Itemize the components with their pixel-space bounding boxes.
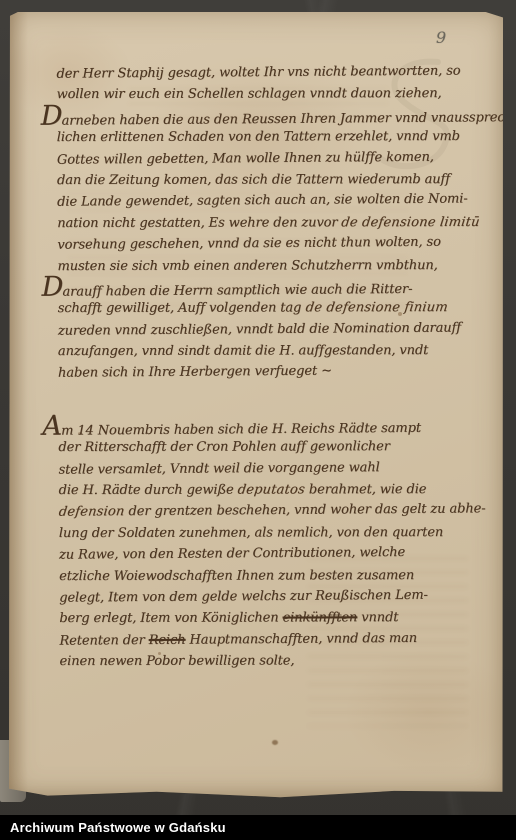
text-segment: dan die Zeitung komen, das sich die Tatt… — [57, 172, 450, 188]
manuscript-line: der Ritterschafft der Cron Pohlen auff g… — [58, 436, 488, 459]
manuscript-line: etzliche Woiewodschafften Ihnen zum best… — [59, 565, 489, 588]
text-segment: stelle versamlet, Vnndt weil die vorgang… — [58, 460, 379, 478]
text-segment: der Herr Staphij gesagt, woltet Ihr vns … — [56, 64, 460, 82]
text-segment: die Lande gewendet, sagten sich auch an,… — [57, 192, 468, 210]
manuscript-line: defension der grentzen beschehen, vnnd w… — [59, 499, 489, 524]
archive-watermark-bar: Archiwum Państwowe w Gdańsku — [0, 815, 516, 840]
text-segment: schafft gewilliget, Auff volgenden tag — [58, 301, 306, 317]
page-gutter-shadow — [8, 12, 28, 798]
archive-watermark-text: Archiwum Państwowe w Gdańsku — [0, 815, 516, 840]
text-segment: zu Rawe, von den Resten der Contribution… — [59, 545, 405, 563]
crossed-out-word: einkünfften — [283, 611, 358, 626]
manuscript-line: Am 14 Nouembris haben sich die H. Reichs… — [42, 413, 488, 438]
latin-phrase: de defensione finium — [304, 297, 449, 319]
manuscript-line: haben sich in Ihre Herbergen verfueget ~ — [58, 360, 488, 385]
manuscript-line: zureden vnnd zuschließen, vnndt bald die… — [58, 317, 488, 342]
manuscript-line: einen newen Pobor bewilligen solte, — [60, 650, 490, 673]
text-segment: wollen wir euch ein Schellen schlagen vn… — [57, 86, 442, 102]
folio-number: 9 — [436, 28, 446, 47]
archive-scan-photo: 9 der Herr Staphij gesagt, woltet Ihr vn… — [0, 0, 516, 840]
latin-phrase: defension — [58, 502, 126, 524]
text-segment: haben sich in Ihre Herbergen verfueget ~ — [58, 364, 332, 381]
manuscript-line: nation nicht gestatten, Es wehre den zuv… — [57, 212, 487, 235]
paragraph: Am 14 Nouembris haben sich die H. Reichs… — [58, 414, 489, 673]
text-segment: Retenten der — [59, 633, 148, 649]
manuscript-page: 9 der Herr Staphij gesagt, woltet Ihr vn… — [8, 12, 503, 798]
text-segment: berahmet, wie die — [305, 482, 427, 497]
text-segment: vnndt — [357, 611, 398, 626]
text-segment: Hauptmanschafften, vnnd das man — [185, 631, 417, 648]
manuscript-line: gelegt, Item von dem gelde welchs zur Re… — [59, 584, 489, 609]
text-segment: einen newen Pobor bewilligen solte, — [60, 654, 295, 670]
manuscript-line: musten sie sich vmb einen anderen Schutz… — [57, 254, 487, 277]
text-segment: vorsehung geschehen, vnnd da sie es nich… — [57, 235, 441, 253]
manuscript-line: Gottes willen gebetten, Man wolle Ihnen … — [57, 146, 487, 171]
text-segment: der grentzen beschehen, vnnd woher das g… — [124, 502, 485, 520]
paragraph: der Herr Staphij gesagt, woltet Ihr vns … — [56, 61, 488, 384]
manuscript-line: stelle versamlet, Vnndt weil die vorgang… — [58, 456, 488, 481]
manuscript-line: wollen wir euch ein Schellen schlagen vn… — [57, 83, 487, 106]
paper-stain — [272, 740, 278, 745]
manuscript-line: zu Rawe, von den Resten der Contribution… — [59, 542, 489, 567]
manuscript-line: die Lande gewendet, sagten sich auch an,… — [57, 189, 487, 214]
text-segment: der Ritterschafft der Cron Pohlen auff g… — [58, 439, 389, 455]
latin-phrase: deputatos — [236, 479, 306, 501]
text-segment: gelegt, Item von dem gelde welchs zur Re… — [59, 588, 428, 606]
text-segment: die H. Rädte durch gewiße — [59, 483, 238, 498]
crossed-out-word: Reich — [149, 632, 186, 647]
text-segment: anzufangen, vnnd sindt damit die H. auff… — [58, 343, 428, 359]
manuscript-line: der Herr Staphij gesagt, woltet Ihr vns … — [56, 60, 486, 85]
manuscript-line: vorsehung geschehen, vnnd da sie es nich… — [57, 231, 487, 256]
manuscript-line: Retenten der Reich Hauptmanschafften, vn… — [59, 627, 489, 652]
text-segment: lichen erlittenen Schaden von den Tatter… — [57, 129, 460, 145]
manuscript-line: schafft gewilliget, Auff volgenden tag d… — [58, 297, 488, 320]
text-segment: Gottes willen gebetten, Man wolle Ihnen … — [57, 149, 434, 167]
text-segment: musten sie sich vmb einen anderen Schutz… — [57, 258, 437, 274]
manuscript-line: berg erlegt, Item von Königlichen einkün… — [59, 607, 489, 630]
manuscript-line: Darneben haben die aus den Reussen Ihren… — [41, 103, 487, 128]
manuscript-text: der Herr Staphij gesagt, woltet Ihr vns … — [56, 61, 489, 673]
manuscript-line: Darauff haben die Herrn samptlich wie au… — [42, 274, 488, 299]
latin-phrase: de defensione limitū — [340, 212, 481, 234]
text-segment: nation nicht gestatten, Es wehre den zuv… — [57, 215, 341, 231]
text-segment: berg erlegt, Item von Königlichen — [59, 611, 282, 627]
manuscript-line: lichen erlittenen Schaden von den Tatter… — [57, 126, 487, 149]
text-segment: lung der Soldaten zunehmen, als nemlich,… — [59, 525, 443, 541]
text-segment: zureden vnnd zuschließen, vnndt bald die… — [58, 320, 461, 338]
text-segment: etzliche Woiewodschafften Ihnen zum best… — [59, 568, 414, 584]
